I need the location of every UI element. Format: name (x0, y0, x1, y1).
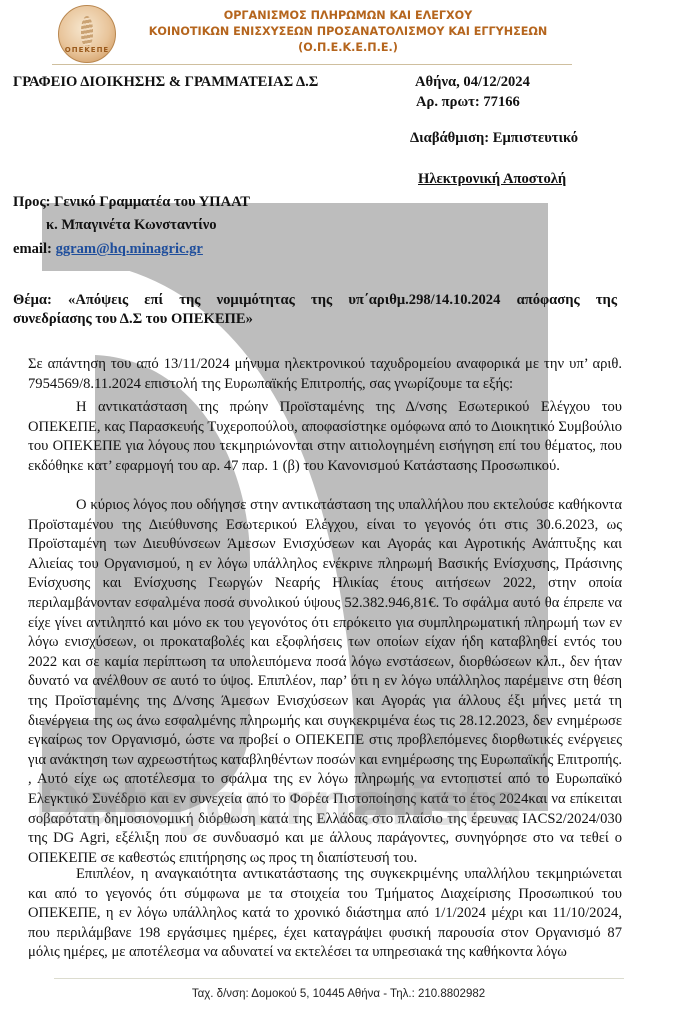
paragraph-1: Σε απάντηση του από 13/11/2024 μήνυμα ηλ… (28, 355, 622, 394)
footer-divider (54, 978, 624, 979)
delivery-method: Ηλεκτρονική Αποστολή (418, 170, 566, 189)
recipient-name: κ. Μπαγινέτα Κωνσταντίνο (46, 216, 217, 235)
watermark-text: DataJournalists (34, 770, 521, 838)
recipient-to: Προς: Γενικό Γραμματέα του ΥΠΑΑΤ (13, 193, 250, 212)
header-divider (52, 64, 572, 65)
logo-text: ΟΠΕΚΕΠΕ (61, 46, 113, 54)
department: ΓΡΑΦΕΙΟ ΔΙΟΙΚΗΣΗΣ & ΓΡΑΜΜΑΤΕΙΑΣ Δ.Σ (13, 73, 318, 92)
paragraph-2: Η αντικατάσταση της πρώην Προϊσταμένης τ… (28, 398, 622, 476)
recipient-email-line: email: ggram@hq.minagric.gr (13, 240, 203, 259)
opekepe-logo: ΟΠΕΚΕΠΕ (58, 5, 116, 63)
org-line-3: (Ο.Π.Ε.Κ.Ε.Π.Ε.) (124, 40, 572, 56)
org-line-2: ΚΟΙΝΟΤΙΚΩΝ ΕΝΙΣΧΥΣΕΩΝ ΠΡΟΣΑΝΑΤΟΛΙΣΜΟΥ ΚΑ… (124, 24, 572, 40)
place-date: Αθήνα, 04/12/2024 (415, 73, 530, 92)
classification: Διαβάθμιση: Εμπιστευτικό (410, 129, 578, 148)
paragraph-4: Επιπλέον, η αναγκαιότητα αντικατάστασης … (28, 865, 622, 963)
email-label: email: (13, 241, 56, 257)
organization-name: ΟΡΓΑΝΙΣΜΟΣ ΠΛΗΡΩΜΩΝ ΚΑΙ ΕΛΕΓΧΟΥ ΚΟΙΝΟΤΙΚ… (124, 8, 572, 56)
subject-line-1: Θέμα: «Απόψεις επί της νομιμότητας της υ… (13, 291, 617, 310)
wheat-icon (81, 16, 93, 46)
footer-address: Ταχ. δ/νση: Δομοκού 5, 10445 Αθήνα - Τηλ… (0, 988, 677, 1000)
letterhead: ΟΠΕΚΕΠΕ ΟΡΓΑΝΙΣΜΟΣ ΠΛΗΡΩΜΩΝ ΚΑΙ ΕΛΕΓΧΟΥ … (52, 4, 572, 64)
protocol-number: Αρ. πρωτ: 77166 (416, 93, 520, 112)
subject-line-2: συνεδρίασης του Δ.Σ του ΟΠΕΚΕΠΕ» (13, 310, 253, 329)
email-link[interactable]: ggram@hq.minagric.gr (56, 241, 203, 257)
org-line-1: ΟΡΓΑΝΙΣΜΟΣ ΠΛΗΡΩΜΩΝ ΚΑΙ ΕΛΕΓΧΟΥ (124, 8, 572, 24)
